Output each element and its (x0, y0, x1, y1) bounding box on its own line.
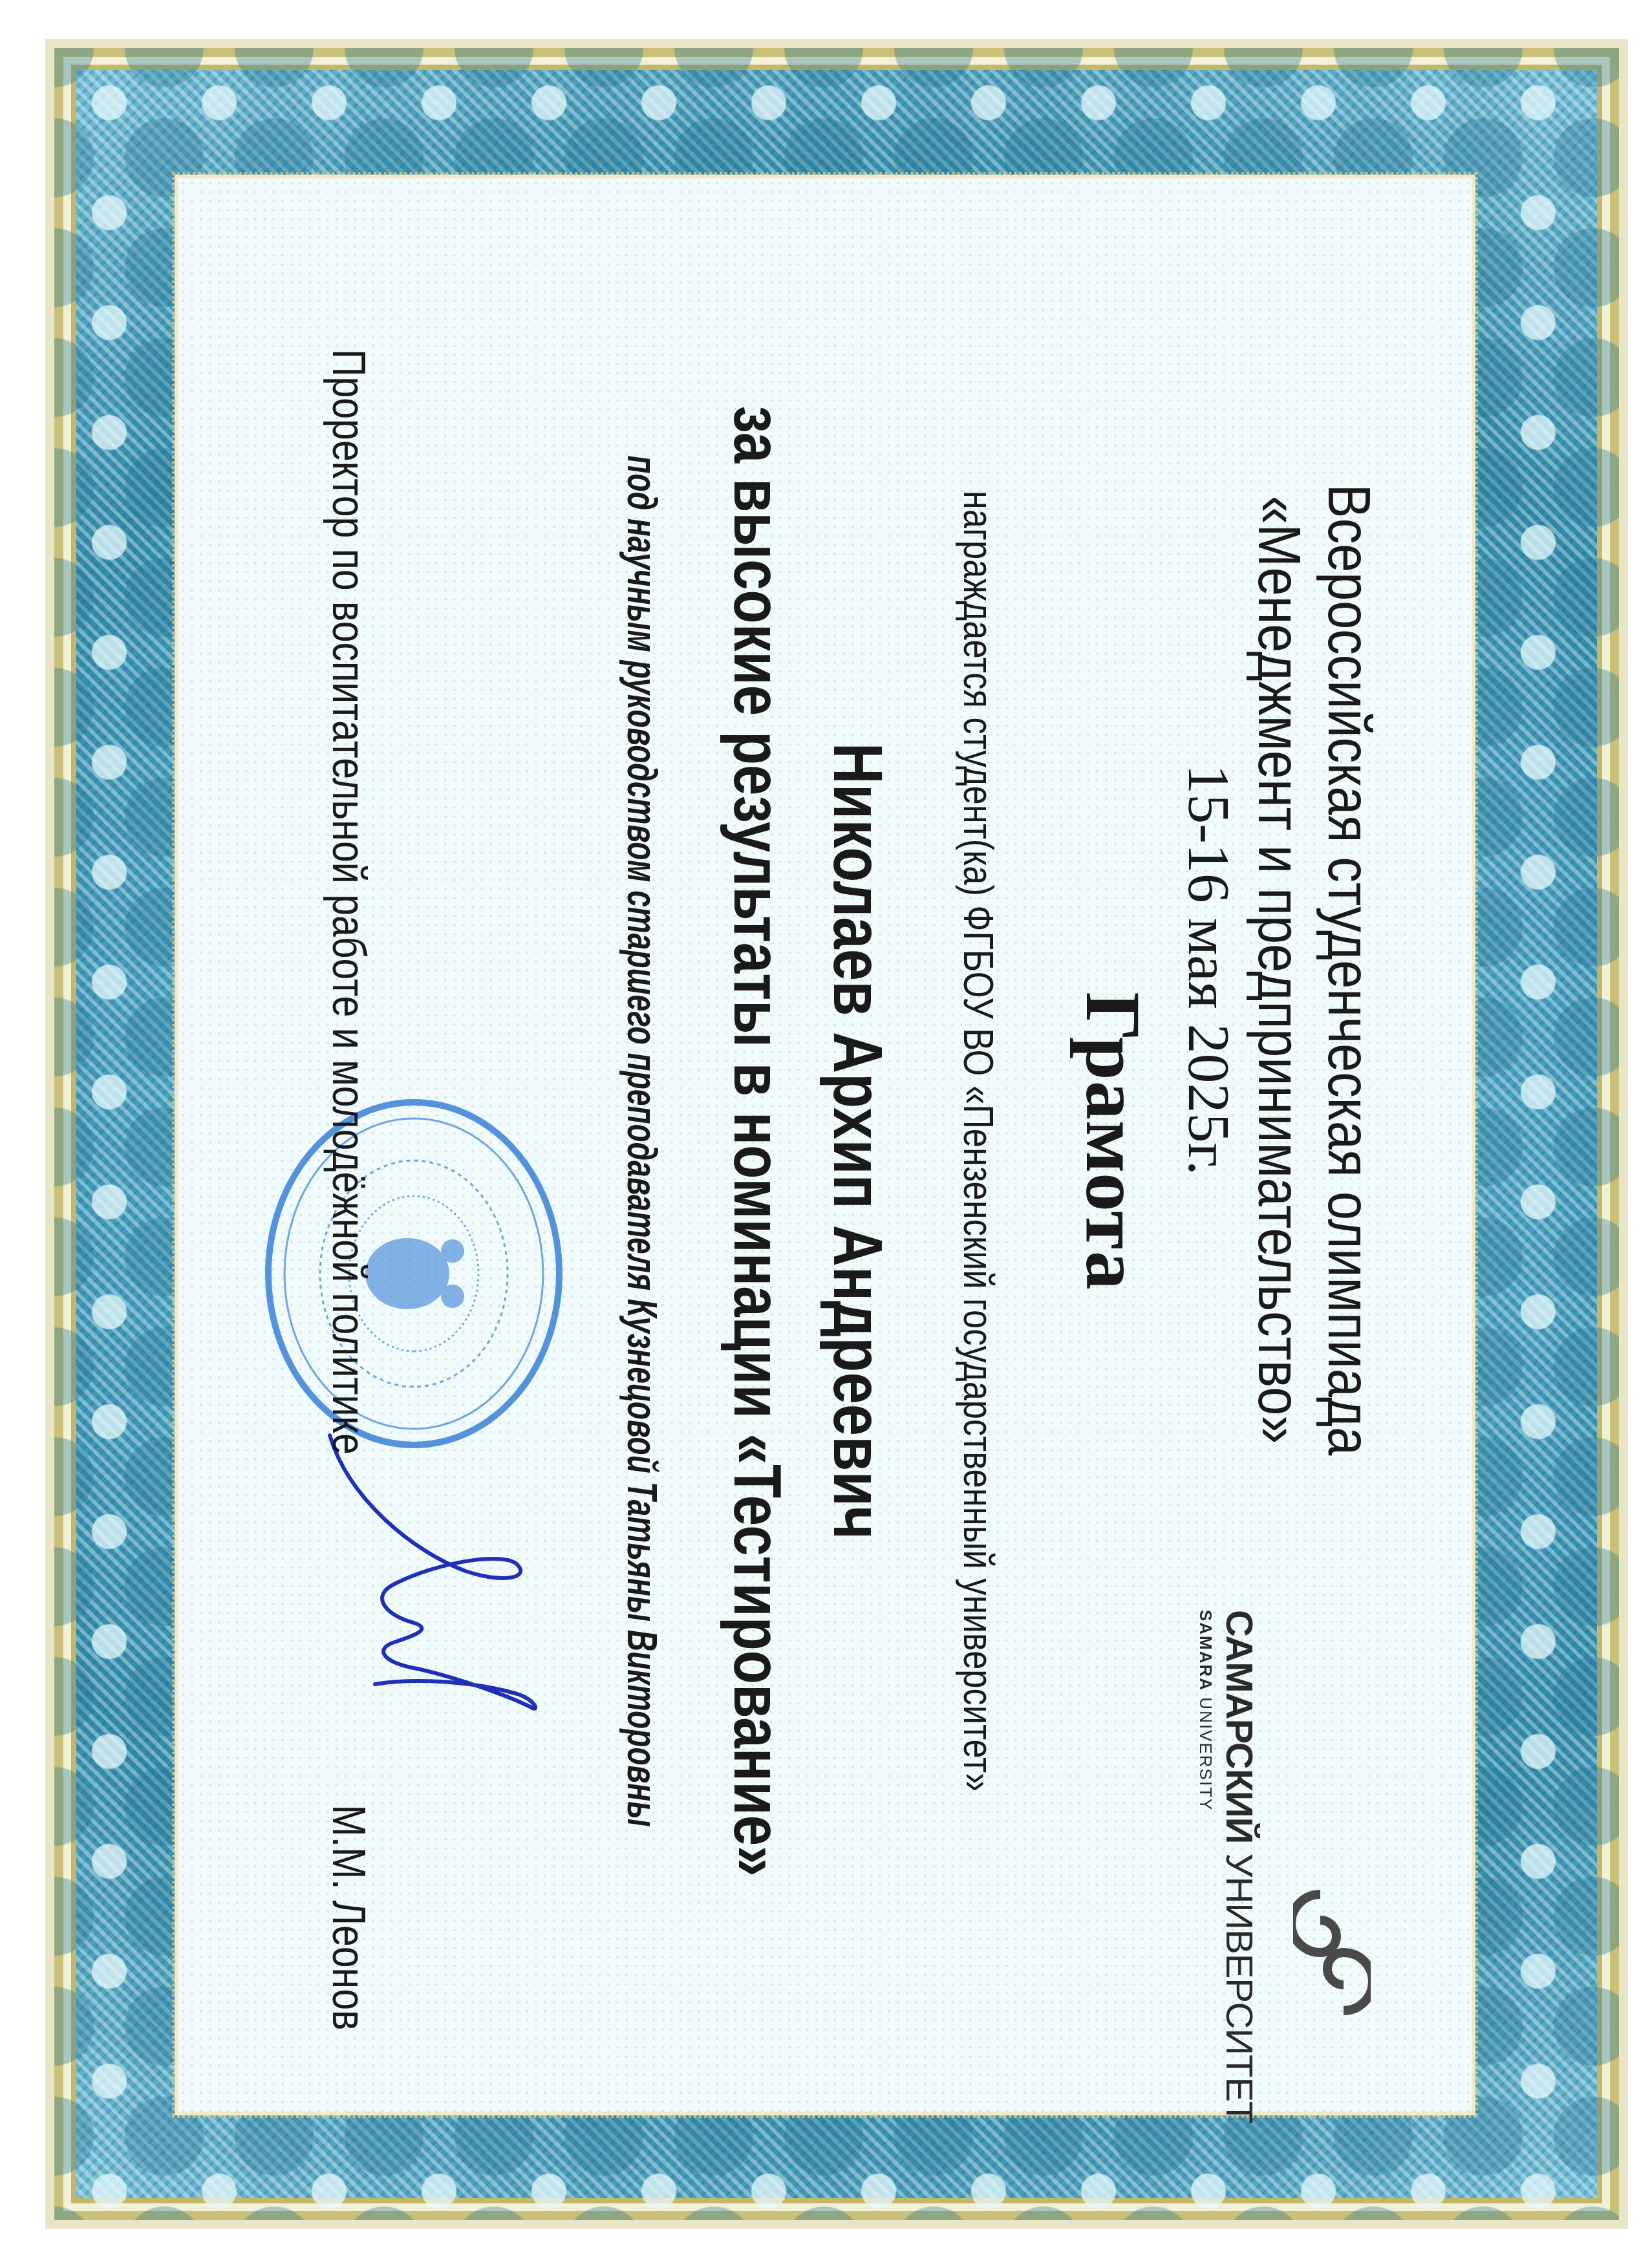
awarded-text: награждается студент(ка) ФГБОУ ВО «Пензе… (954, 348, 1002, 1934)
university-logo: САМАРСКИЙ УНИВЕРСИТЕТ SAMARA UNIVERSITY (1157, 1610, 1371, 2062)
logo-subtitle: SAMARA UNIVERSITY (1195, 1610, 1216, 1811)
advisor-text: под научным руководством старшего препод… (618, 445, 666, 1837)
signer-title: Проректор по воспитательной работе и мол… (322, 349, 375, 1455)
event-title: Всероссийская студенческая олимпиада «Ме… (1174, 356, 1384, 1584)
samara-university-logo-icon (1293, 1881, 1371, 2024)
signer-name: М.М. Леонов (322, 1804, 375, 2030)
official-stamp-icon (259, 1093, 569, 1455)
signature-icon (310, 1422, 543, 1720)
event-date: 15-16 мая 2025г. (1174, 356, 1244, 1584)
event-subject: «Менеджмент и предпринимательство» (1244, 442, 1314, 1498)
event-name: Всероссийская студенческая олимпиада (1314, 442, 1384, 1498)
logo-wordmark: САМАРСКИЙ УНИВЕРСИТЕТ (1217, 1610, 1261, 2124)
recipient-name: Николаев Архип Андреевич (818, 348, 899, 1934)
certificate-content: Всероссийская студенческая олимпиада «Ме… (175, 175, 1468, 2108)
certificate-heading: Грамота (1068, 175, 1157, 2108)
nomination-text: за высокие результаты в номинации «Тести… (718, 348, 795, 1934)
